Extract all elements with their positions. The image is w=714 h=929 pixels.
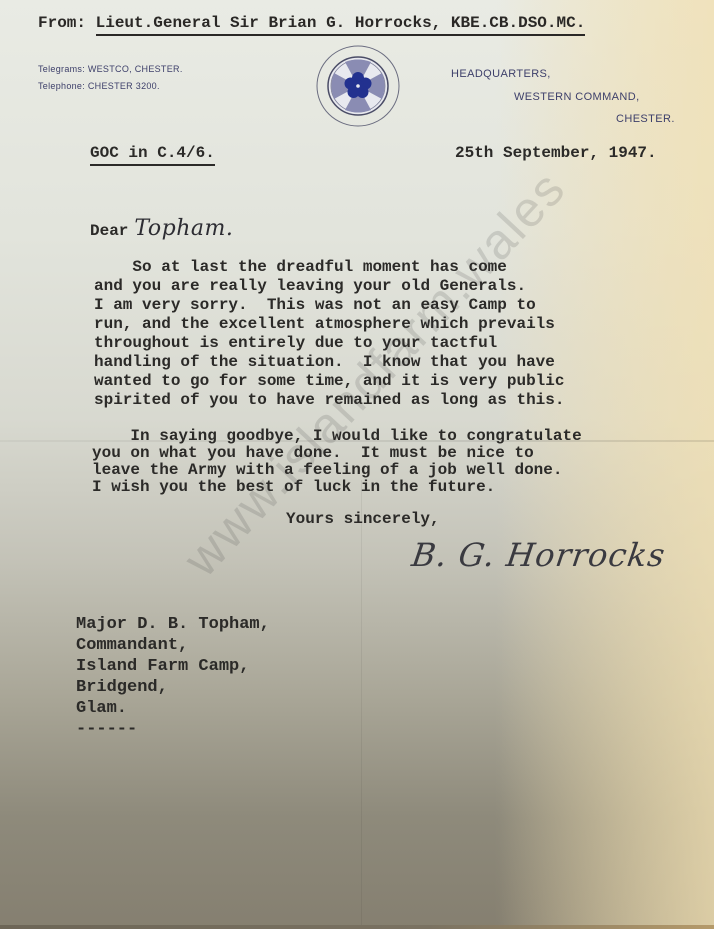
recipient-line: Bridgend, — [76, 677, 270, 698]
paper-bottom-edge — [0, 925, 714, 929]
body-paragraph-1: So at last the dreadful moment has come … — [94, 258, 564, 410]
recipient-address: Major D. B. Topham, Commandant, Island F… — [76, 614, 270, 740]
hq-address-line-2: WESTERN COMMAND, — [514, 91, 640, 103]
salutation: DearTopham. — [90, 216, 233, 241]
body-line: spirited of you to have remained as long… — [94, 391, 564, 410]
recipient-line: Glam. — [76, 698, 270, 719]
body-line: I wish you the best of luck in the futur… — [92, 479, 582, 496]
letter-date: 25th September, 1947. — [455, 144, 657, 162]
from-label: From: — [38, 14, 86, 32]
body-line: run, and the excellent atmosphere which … — [94, 315, 564, 334]
body-line: So at last the dreadful moment has come — [94, 258, 564, 277]
telegrams-line: Telegrams: WESTCO, CHESTER. — [38, 64, 183, 74]
body-line: I am very sorry. This was not an easy Ca… — [94, 296, 564, 315]
body-line: you on what you have done. It must be ni… — [92, 445, 582, 462]
from-line: From: Lieut.General Sir Brian G. Horrock… — [38, 14, 585, 32]
closing: Yours sincerely, — [286, 510, 440, 528]
salutation-handwritten-name: Topham. — [134, 216, 233, 241]
hq-address-line-3: CHESTER. — [616, 113, 675, 125]
recipient-line: Island Farm Camp, — [76, 656, 270, 677]
telegrams-label: Telegrams: — [38, 64, 85, 74]
reference-number: GOC in C.4/6. — [90, 144, 215, 166]
body-line: and you are really leaving your old Gene… — [94, 277, 564, 296]
recipient-underline: ------ — [76, 719, 270, 740]
telegrams-value: WESTCO, CHESTER. — [88, 64, 183, 74]
body-line: handling of the situation. I know that y… — [94, 353, 564, 372]
telephone-value: CHESTER 3200. — [88, 81, 160, 91]
sender-name: Lieut.General Sir Brian G. Horrocks, KBE… — [96, 14, 586, 36]
body-line: throughout is entirely due to your tactf… — [94, 334, 564, 353]
body-line: In saying goodbye, I would like to congr… — [92, 428, 582, 445]
signature: B. G. Horrocks — [409, 536, 668, 574]
salutation-prefix: Dear — [90, 222, 128, 240]
telephone-label: Telephone: — [38, 81, 85, 91]
hq-address-line-1: HEADQUARTERS, — [451, 68, 551, 80]
recipient-line: Commandant, — [76, 635, 270, 656]
paper-vertical-crease — [361, 480, 362, 929]
recipient-line: Major D. B. Topham, — [76, 614, 270, 635]
telephone-line: Telephone: CHESTER 3200. — [38, 81, 160, 91]
body-line: leave the Army with a feeling of a job w… — [92, 462, 582, 479]
body-paragraph-2: In saying goodbye, I would like to congr… — [92, 428, 582, 496]
western-command-crest-icon — [314, 44, 402, 128]
body-line: wanted to go for some time, and it is ve… — [94, 372, 564, 391]
